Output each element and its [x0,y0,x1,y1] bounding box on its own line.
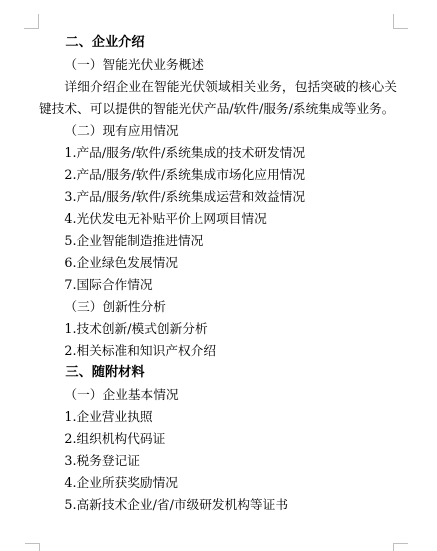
document-body: 二、企业介绍（一）智能光伏业务概述详细介绍企业在智能光伏领域相关业务，包括突破的… [39,32,397,516]
document-line-list-item: 6.企业绿色发展情况 [39,252,397,274]
margin-crop-mark-bottom-left [25,543,40,551]
document-line-list-item: 2.相关标准和知识产权介绍 [39,340,397,362]
document-line-list-item: 2.产品/服务/软件/系统集成市场化应用情况 [39,164,397,186]
document-line-list-item: 1.产品/服务/软件/系统集成的技术研发情况 [39,142,397,164]
document-line-list-item: 7.国际合作情况 [39,274,397,296]
document-line-list-item: 4.企业所获奖励情况 [39,472,397,494]
document-line-list-item: 2.组织机构代码证 [39,428,397,450]
document-line-list-item: 5.高新技术企业/省/市级研发机构等证书 [39,494,397,516]
document-line-subheading: （三）创新性分析 [39,296,397,318]
document-line-paragraph: 详细介绍企业在智能光伏领域相关业务，包括突破的核心关键技术、可以提供的智能光伏产… [39,76,397,120]
document-line-list-item: 1.企业营业执照 [39,406,397,428]
document-line-list-item: 1.技术创新/模式创新分析 [39,318,397,340]
document-line-list-item: 3.税务登记证 [39,450,397,472]
margin-crop-mark-top-right [393,14,408,29]
document-line-subheading: （二）现有应用情况 [39,120,397,142]
document-line-subheading: （一）智能光伏业务概述 [39,54,397,76]
margin-crop-mark-bottom-right [393,543,408,551]
document-line-list-item: 5.企业智能制造推进情况 [39,230,397,252]
document-page: 二、企业介绍（一）智能光伏业务概述详细介绍企业在智能光伏领域相关业务，包括突破的… [0,0,437,551]
document-line-subheading: （一）企业基本情况 [39,384,397,406]
document-line-heading: 三、随附材料 [39,362,397,384]
document-line-list-item: 3.产品/服务/软件/系统集成运营和效益情况 [39,186,397,208]
document-line-list-item: 4.光伏发电无补贴平价上网项目情况 [39,208,397,230]
margin-crop-mark-top-left [24,14,39,29]
document-line-heading: 二、企业介绍 [39,32,397,54]
